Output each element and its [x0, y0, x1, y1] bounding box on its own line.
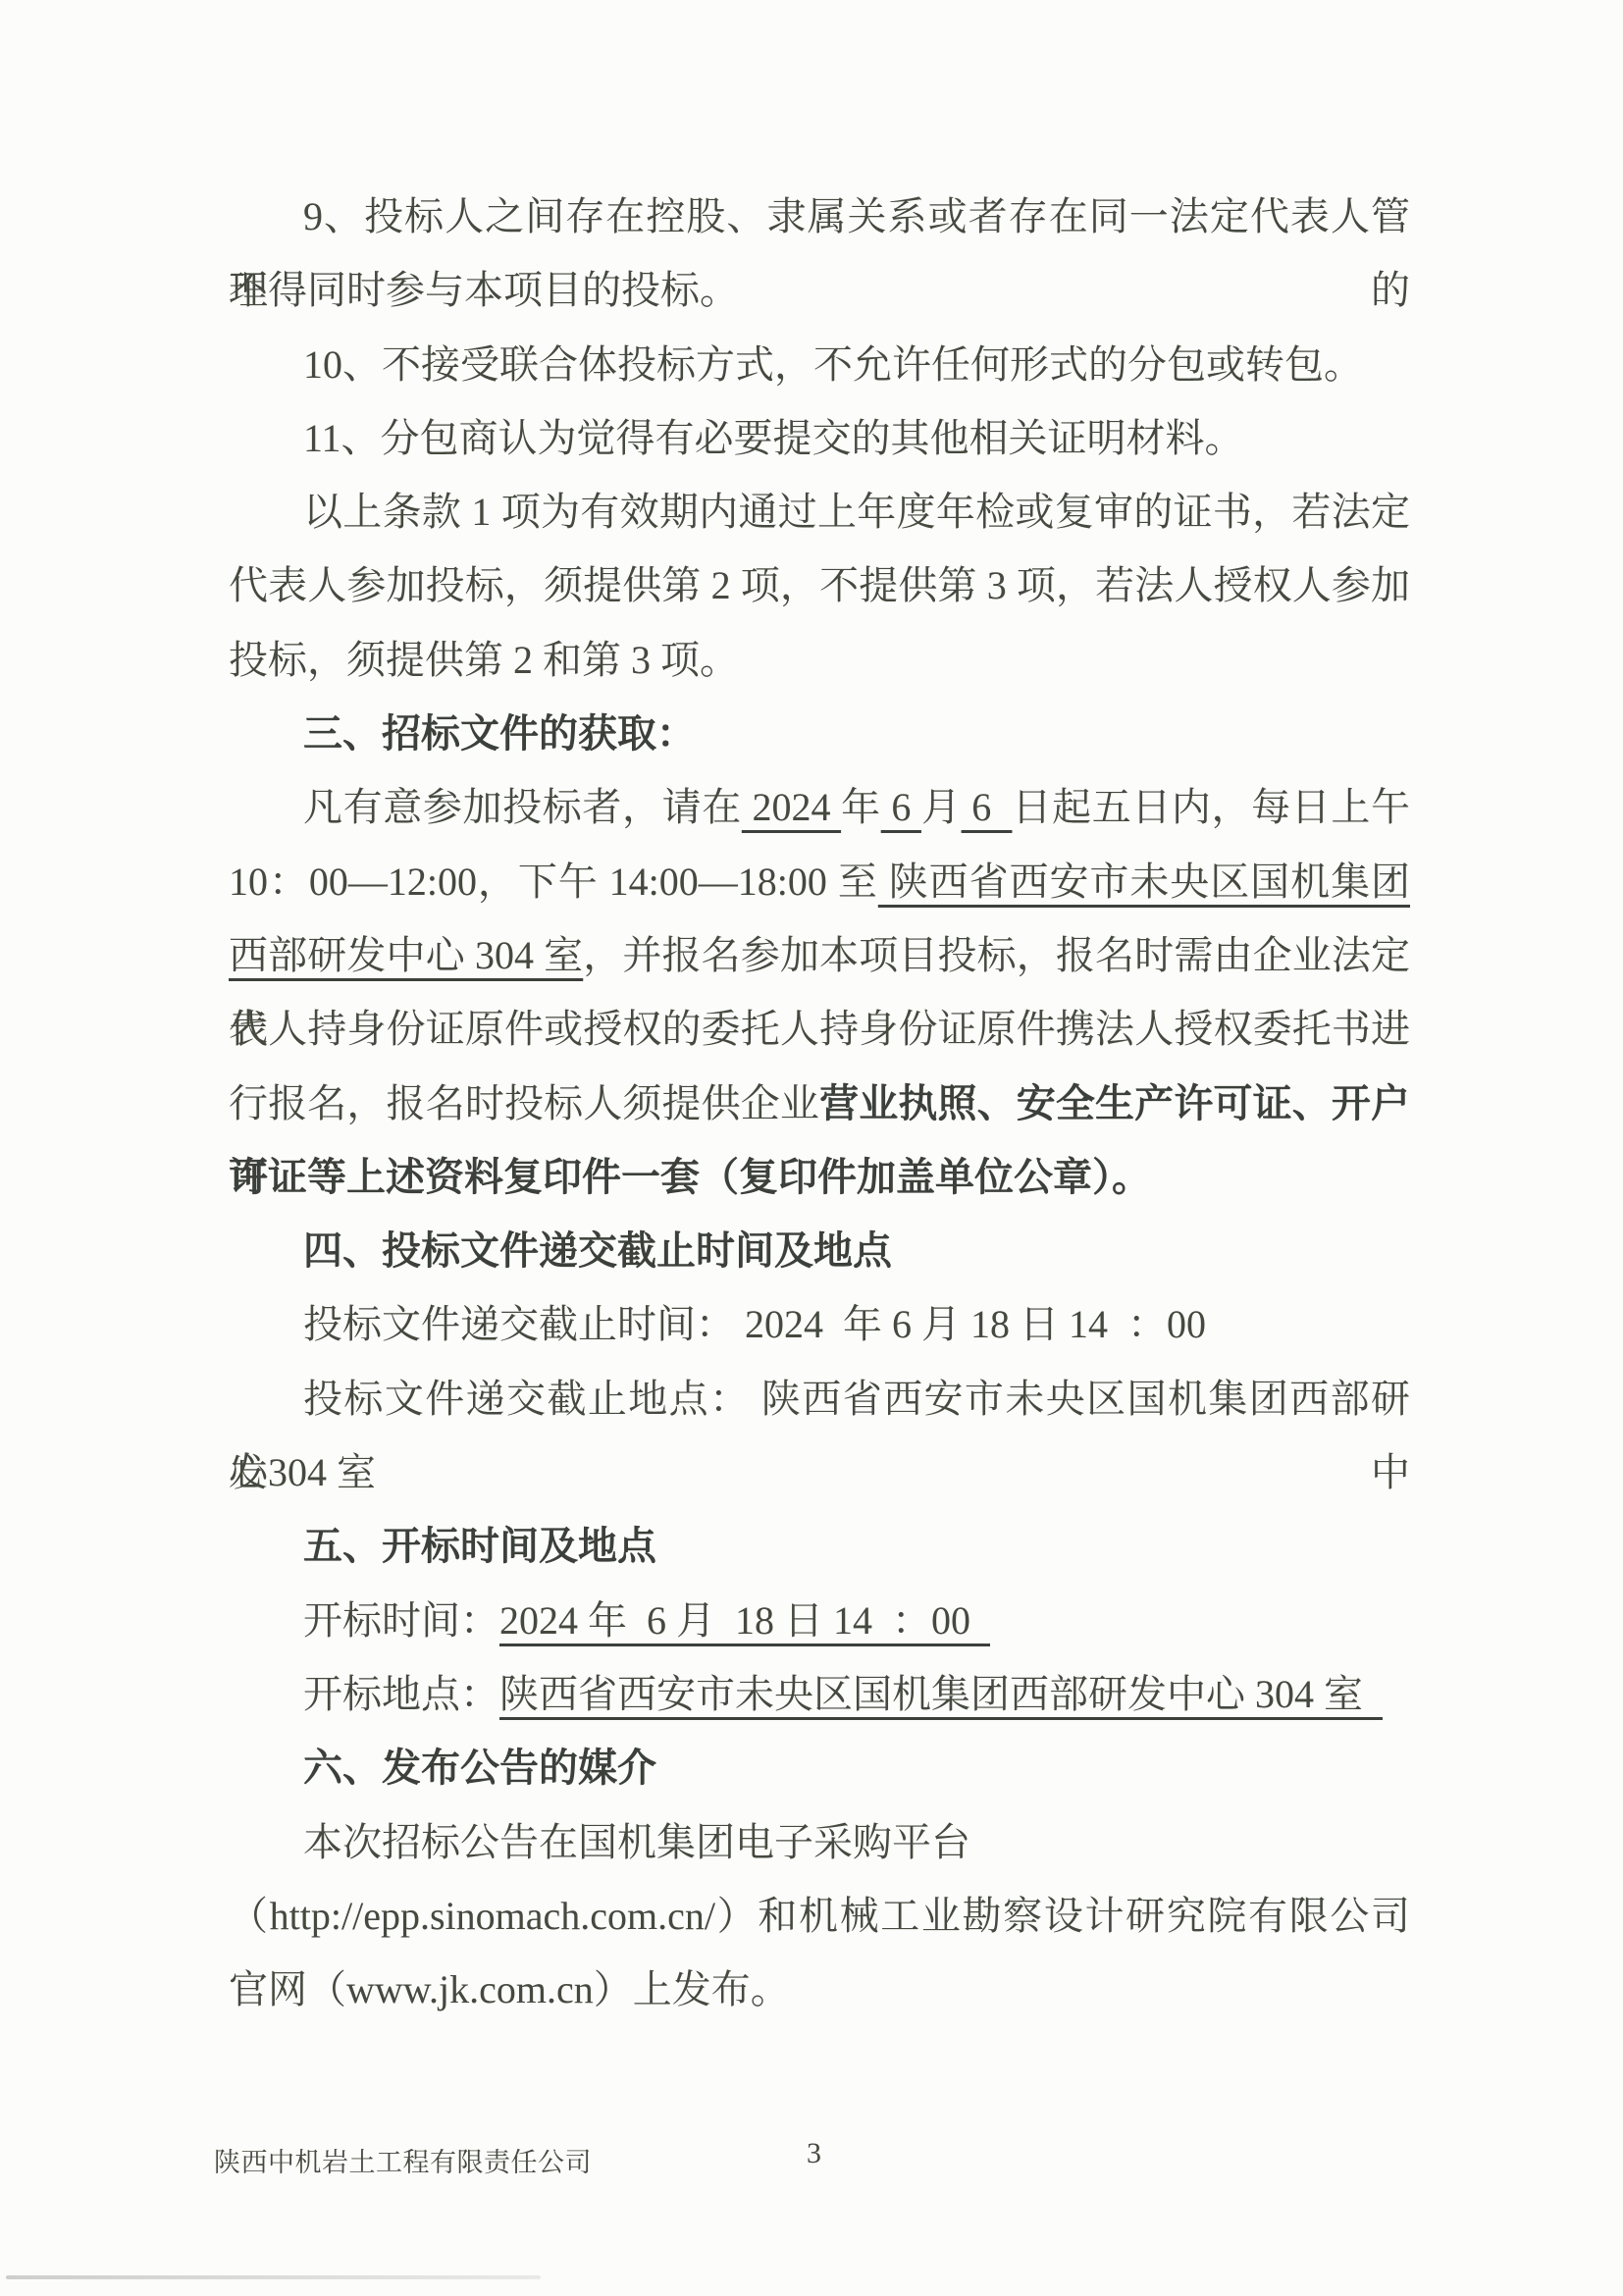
text-segment: 五、开标时间及地点: [303, 1524, 656, 1568]
text-line: 投标，须提供第 2 和第 3 项。: [229, 623, 1410, 697]
text-segment: 投标文件递交截止时间： 2024 年 6 月 18 日 14 ：00: [303, 1302, 1206, 1346]
text-line: 11、分包商认为觉得有必要提交的其他相关证明材料。: [229, 401, 1410, 475]
text-segment: 四、投标文件递交截止时间及地点: [303, 1228, 892, 1273]
text-segment: 11、分包商认为觉得有必要提交的其他相关证明材料。: [303, 416, 1244, 460]
text-line: 投标文件递交截止地点： 陕西省西安市未央区国机集团西部研发中: [229, 1362, 1410, 1435]
text-line: 开标时间：2024 年 6 月 18 日 14 ：00: [229, 1584, 1410, 1657]
text-segment: 年: [841, 785, 881, 829]
footer-company: 陕西中机岩土工程有限责任公司: [214, 2141, 592, 2179]
text-line: 10、不接受联合体投标方式，不允许任何形式的分包或转包。: [229, 328, 1410, 401]
text-segment: （http://epp.sinomach.com.cn/）和机械工业勘察设计研究…: [229, 1894, 1410, 1938]
underlined-text-segment: 6: [881, 785, 921, 829]
bold-text-segment: 可证等上述资料复印件一套（复印件加盖单位公章）。: [229, 1155, 1151, 1199]
scan-artifact-line: [6, 2275, 541, 2279]
text-segment: 10、不接受联合体投标方式，不允许任何形式的分包或转包。: [303, 342, 1363, 387]
document-body: 9、投标人之间存在控股、隶属关系或者存在同一法定代表人管理的不得同时参与本项目的…: [229, 180, 1410, 2026]
text-segment: 表人持身份证原件或授权的委托人持身份证原件携法人授权委托书进: [229, 1007, 1410, 1051]
text-segment: 不得同时参与本项目的投标。: [229, 268, 739, 312]
page-number: 3: [807, 2137, 821, 2170]
text-line: 凡有意参加投标者，请在 2024 年 6 月 6 日起五日内，每日上午: [229, 770, 1410, 844]
text-line: 可证等上述资料复印件一套（复印件加盖单位公章）。: [229, 1140, 1410, 1214]
text-line: （http://epp.sinomach.com.cn/）和机械工业勘察设计研究…: [229, 1879, 1410, 1953]
text-line: 代表人参加投标，须提供第 2 项，不提供第 3 项，若法人授权人参加: [229, 548, 1410, 622]
underlined-text-segment: 西部研发中心 304 室: [229, 933, 583, 977]
text-line: 开标地点：陕西省西安市未央区国机集团西部研发中心 304 室: [229, 1657, 1410, 1731]
text-line: 表人持身份证原件或授权的委托人持身份证原件携法人授权委托书进: [229, 992, 1410, 1066]
text-segment: 投标，须提供第 2 和第 3 项。: [229, 638, 739, 682]
section-heading: 四、投标文件递交截止时间及地点: [229, 1214, 1410, 1287]
text-segment: 本次招标公告在国机集团电子采购平台: [303, 1820, 970, 1864]
text-line: 以上条款 1 项为有效期内通过上年度年检或复审的证书，若法定: [229, 475, 1410, 548]
section-heading: 五、开标时间及地点: [229, 1509, 1410, 1583]
text-segment: 开标时间：: [303, 1598, 499, 1643]
underlined-text-segment: 陕西省西安市未央区国机集团: [878, 860, 1410, 904]
text-segment: 三、招标文件的获取：: [303, 711, 696, 756]
text-segment: 开标地点：: [303, 1672, 499, 1716]
text-segment: 代表人参加投标，须提供第 2 项，不提供第 3 项，若法人授权人参加: [229, 563, 1410, 607]
text-line: 9、投标人之间存在控股、隶属关系或者存在同一法定代表人管理的: [229, 180, 1410, 253]
underlined-text-segment: 2024 年 6 月 18 日 14 ：00: [499, 1598, 990, 1643]
text-segment: 凡有意参加投标者，请在: [303, 785, 742, 829]
tender-notice-page: 9、投标人之间存在控股、隶属关系或者存在同一法定代表人管理的不得同时参与本项目的…: [0, 0, 1623, 2296]
text-line: 10：00—12:00，下午 14:00—18:00 至 陕西省西安市未央区国机…: [229, 845, 1410, 918]
text-line: 投标文件递交截止时间： 2024 年 6 月 18 日 14 ：00: [229, 1287, 1410, 1361]
text-segment: 心304 室: [229, 1450, 376, 1494]
section-heading: 六、发布公告的媒介: [229, 1731, 1410, 1804]
text-segment: 六、发布公告的媒介: [303, 1746, 656, 1790]
text-segment: 日起五日内，每日上午: [1012, 785, 1410, 829]
underlined-text-segment: 6: [962, 785, 1013, 829]
text-line: 西部研发中心 304 室，并报名参加本项目投标，报名时需由企业法定代: [229, 918, 1410, 992]
text-line: 行报名，报名时投标人须提供企业营业执照、安全生产许可证、开户许: [229, 1067, 1410, 1140]
text-segment: 以上条款 1 项为有效期内通过上年度年检或复审的证书，若法定: [303, 490, 1410, 534]
text-line: 官网（www.jk.com.cn）上发布。: [229, 1953, 1410, 2026]
underlined-text-segment: 陕西省西安市未央区国机集团西部研发中心 304 室: [499, 1672, 1383, 1716]
text-line: 本次招标公告在国机集团电子采购平台: [229, 1805, 1410, 1879]
text-segment: 月: [921, 785, 962, 829]
text-segment: 投标文件递交截止地点： 陕西省西安市未央区国机集团西部研发中: [229, 1377, 1410, 1494]
text-segment: 行报名，报名时投标人须提供企业: [229, 1081, 819, 1125]
text-segment: 10：00—12:00，下午 14:00—18:00 至: [229, 860, 878, 904]
underlined-text-segment: 2024: [742, 785, 841, 829]
section-heading: 三、招标文件的获取：: [229, 697, 1410, 770]
text-segment: 官网（www.jk.com.cn）上发布。: [229, 1967, 790, 2011]
